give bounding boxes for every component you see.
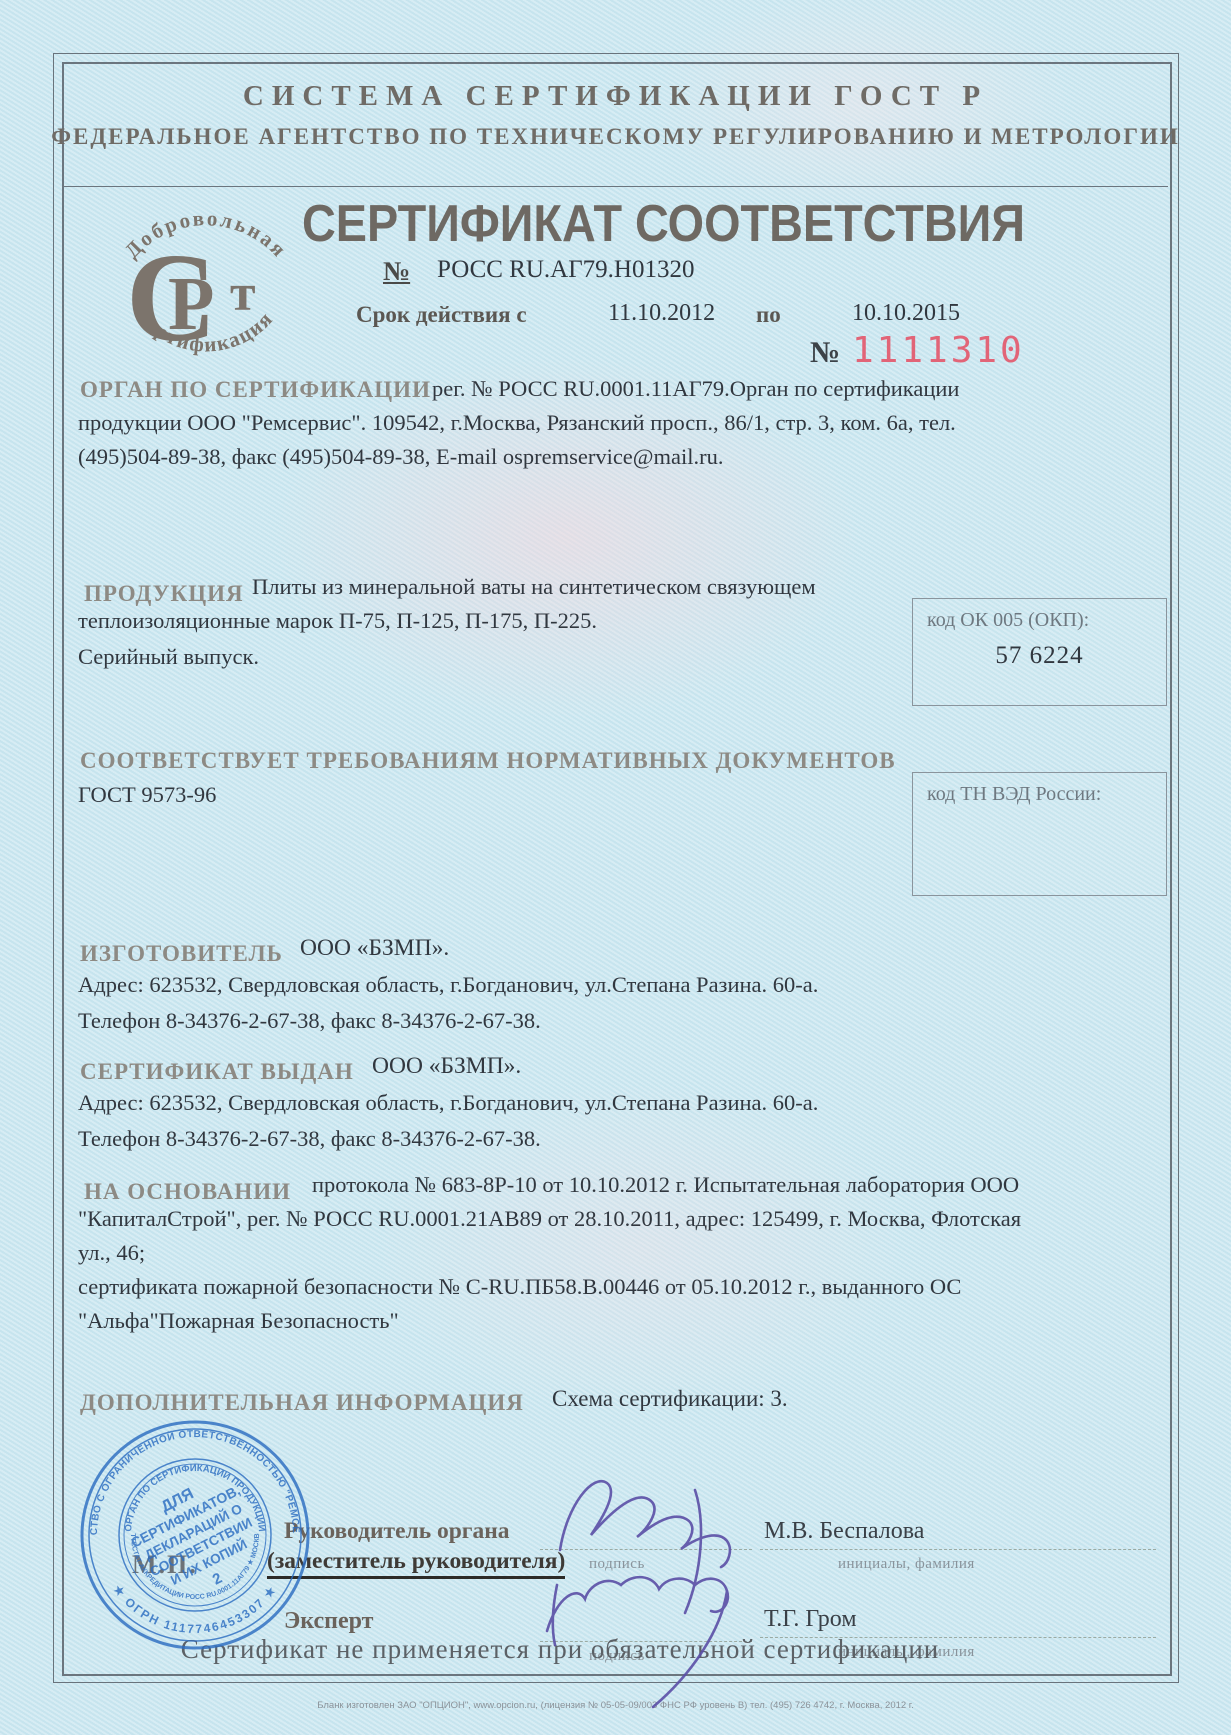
tnved-code-label: код ТН ВЭД России: xyxy=(913,773,1166,806)
svg-text:2: 2 xyxy=(210,1570,225,1589)
system-header: СИСТЕМА СЕРТИФИКАЦИИ ГОСТ Р xyxy=(0,80,1231,113)
conformity-standard: ГОСТ 9573-96 xyxy=(78,782,216,808)
cert-number-label: № xyxy=(383,256,410,287)
head-signature-stroke xyxy=(560,1481,730,1567)
expert-signature-tail xyxy=(653,1591,727,1707)
validity-to-label: по xyxy=(756,302,781,328)
head-name-line xyxy=(760,1549,1156,1550)
expert-signature-stroke xyxy=(547,1577,728,1631)
issued-to-address: Адрес: 623532, Свердловская область, г.Б… xyxy=(78,1090,818,1116)
certification-body-line: продукции ООО "Ремсервис". 109542, г.Мос… xyxy=(78,410,956,436)
validity-to-date: 10.10.2015 xyxy=(852,300,960,327)
head-signature-descender xyxy=(685,1490,701,1613)
blank-number-label: № xyxy=(810,336,840,370)
handwritten-signatures xyxy=(505,1435,805,1725)
additional-info-value: Схема сертификации: 3. xyxy=(552,1386,788,1412)
manufacturer-phone: Телефон 8-34376-2-67-38, факс 8-34376-2-… xyxy=(78,1008,541,1034)
okp-code-box: код ОК 005 (ОКП): 57 6224 xyxy=(912,598,1167,706)
certification-body-round-stamp: ОБЩЕСТВО С ОГРАНИЧЕННОЙ ОТВЕТСТВЕННОСТЬЮ… xyxy=(75,1415,315,1655)
section-label-product: ПРОДУКЦИЯ xyxy=(84,581,244,607)
validity-label: Срок действия с xyxy=(356,302,527,328)
section-label-conformity: СООТВЕТСТВУЕТ ТРЕБОВАНИЯМ НОРМАТИВНЫХ ДО… xyxy=(80,748,896,774)
section-label-issued-to: СЕРТИФИКАТ ВЫДАН xyxy=(80,1059,354,1085)
section-label-certification-body: ОРГАН ПО СЕРТИФИКАЦИИ xyxy=(80,377,431,403)
okp-code-value: 57 6224 xyxy=(913,642,1166,670)
okp-code-label: код ОК 005 (ОКП): xyxy=(913,599,1166,632)
issued-to-phone: Телефон 8-34376-2-67-38, факс 8-34376-2-… xyxy=(78,1126,541,1152)
tnved-code-box: код ТН ВЭД России: xyxy=(912,772,1167,896)
header-divider xyxy=(64,186,1168,187)
rst-voluntary-certification-logo: Добровольная сертификация С Р т xyxy=(92,190,320,378)
certificate-page: СИСТЕМА СЕРТИФИКАЦИИ ГОСТ Р ФЕДЕРАЛЬНОЕ … xyxy=(0,0,1231,1735)
basis-line: "Альфа"Пожарная Безопасность" xyxy=(78,1308,399,1334)
manufacturer-address: Адрес: 623532, Свердловская область, г.Б… xyxy=(78,972,818,998)
stamp-outer-ring-bottom-text: ★ ОГРН 1117746453307 ★ xyxy=(110,1582,279,1636)
head-role-line1: Руководитель органа xyxy=(284,1518,510,1545)
basis-line: "КапиталСтрой", рег. № РОСС RU.0001.21АВ… xyxy=(78,1206,1021,1232)
product-line: Серийный выпуск. xyxy=(78,644,259,670)
svg-text:★ ОГРН 1117746453307 ★: ★ ОГРН 1117746453307 ★ xyxy=(110,1582,279,1636)
basis-line: ул., 46; xyxy=(78,1240,145,1266)
manufacturer-name: ООО «БЗМП». xyxy=(300,935,449,962)
svg-text:Р: Р xyxy=(168,262,214,346)
product-line: теплоизоляционные марок П-75, П-125, П-1… xyxy=(78,608,597,634)
agency-header: ФЕДЕРАЛЬНОЕ АГЕНТСТВО ПО ТЕХНИЧЕСКОМУ РЕ… xyxy=(0,124,1231,150)
validity-from-date: 11.10.2012 xyxy=(608,300,715,327)
expert-signature-lead xyxy=(553,1585,557,1645)
basis-line: протокола № 683-8Р-10 от 10.10.2012 г. И… xyxy=(312,1172,1019,1198)
certification-body-line: (495)504-89-38, факс (495)504-89-38, E-m… xyxy=(78,444,724,470)
section-label-additional-info: ДОПОЛНИТЕЛЬНАЯ ИНФОРМАЦИЯ xyxy=(80,1390,524,1416)
blank-number-value: 1111310 xyxy=(852,330,1025,371)
basis-line: сертификата пожарной безопасности № С-RU… xyxy=(78,1274,961,1300)
product-line: Плиты из минеральной ваты на синтетическ… xyxy=(252,574,816,600)
svg-text:т: т xyxy=(230,265,256,322)
issued-to-name: ООО «БЗМП». xyxy=(372,1053,521,1080)
certification-body-line: рег. № РОСС RU.0001.11АГ79.Орган по серт… xyxy=(432,376,959,402)
cert-number-value: РОСС RU.АГ79.Н01320 xyxy=(437,256,694,284)
section-label-manufacturer: ИЗГОТОВИТЕЛЬ xyxy=(80,941,283,967)
head-name-caption: инициалы, фамилия xyxy=(838,1556,975,1573)
page-title: СЕРТИФИКАТ СООТВЕТСТВИЯ xyxy=(302,194,1025,254)
section-label-basis: НА ОСНОВАНИИ xyxy=(84,1179,291,1205)
